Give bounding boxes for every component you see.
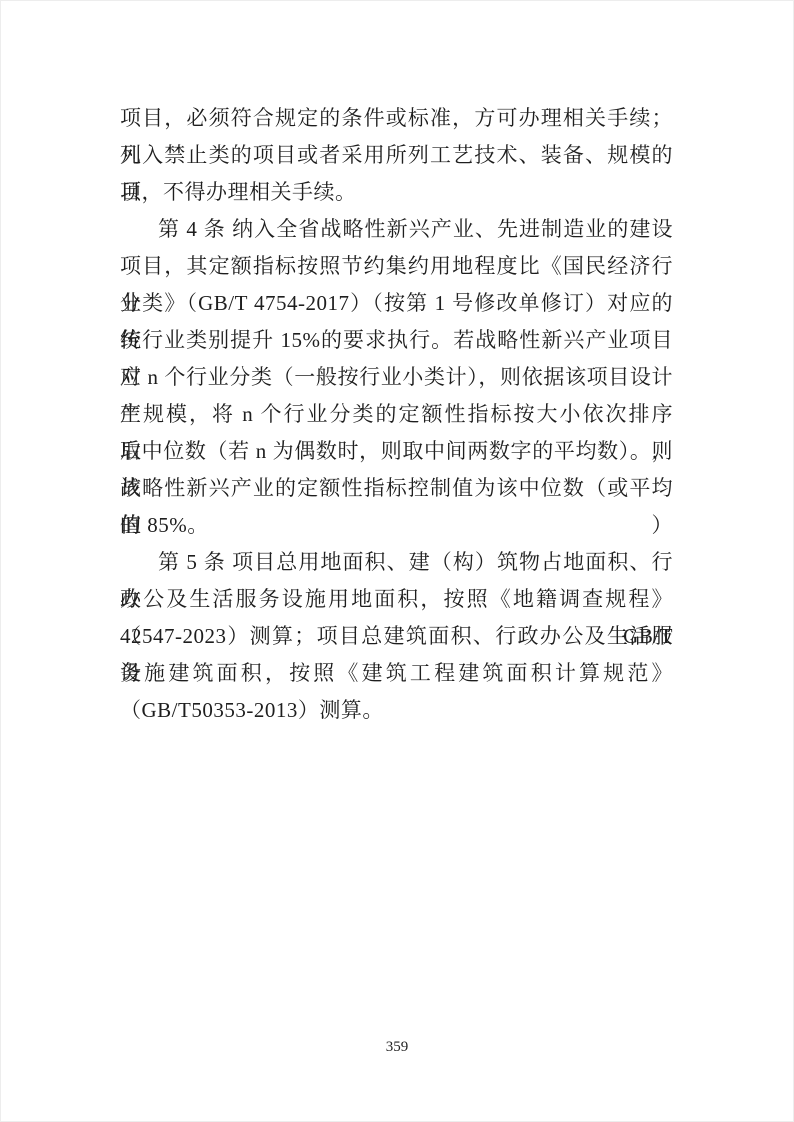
document-body: 项目，必须符合规定的条件或标准，方可办理相关手续；凡列入禁止类的项目或者采用所列… bbox=[120, 100, 673, 729]
text-line: 统行业类别提升 15%的要求执行。若战略性新兴产业项目对 bbox=[120, 322, 673, 359]
text-line: 设施建筑面积，按照《建筑工程建筑面积计算规范》 bbox=[120, 655, 673, 692]
text-line: 产规模，将 n 个行业分类的定额性指标按大小依次排序后， bbox=[120, 396, 673, 433]
text-line: 42547-2023）测算；项目总建筑面积、行政办公及生活服务 bbox=[120, 618, 673, 655]
text-line: 取中位数（若 n 为偶数时，则取中间两数字的平均数）。则该 bbox=[120, 433, 673, 470]
text-line: 应 n 个行业分类（一般按行业小类计），则依据该项目设计生 bbox=[120, 359, 673, 396]
text-line: 项目，必须符合规定的条件或标准，方可办理相关手续；凡 bbox=[120, 100, 673, 137]
document-page: 项目，必须符合规定的条件或标准，方可办理相关手续；凡列入禁止类的项目或者采用所列… bbox=[0, 0, 794, 1122]
text-line: 列入禁止类的项目或者采用所列工艺技术、装备、规模的项 bbox=[120, 137, 673, 174]
page-number: 359 bbox=[0, 1038, 794, 1056]
text-line: 目，不得办理相关手续。 bbox=[120, 174, 673, 211]
text-line: 项目，其定额指标按照节约集约用地程度比《国民经济行业 bbox=[120, 248, 673, 285]
text-line: 战略性新兴产业的定额性指标控制值为该中位数（或平均值） bbox=[120, 470, 673, 507]
text-line: 第 4 条 纳入全省战略性新兴产业、先进制造业的建设 bbox=[120, 211, 673, 248]
text-line: （GB/T50353-2013）测算。 bbox=[120, 692, 673, 729]
text-line: 办公及生活服务设施用地面积，按照《地籍调查规程》（GB/T bbox=[120, 581, 673, 618]
text-line: 分类》（GB/T 4754-2017）（按第 1 号修改单修订）对应的传 bbox=[120, 285, 673, 322]
text-line: 第 5 条 项目总用地面积、建（构）筑物占地面积、行政 bbox=[120, 544, 673, 581]
